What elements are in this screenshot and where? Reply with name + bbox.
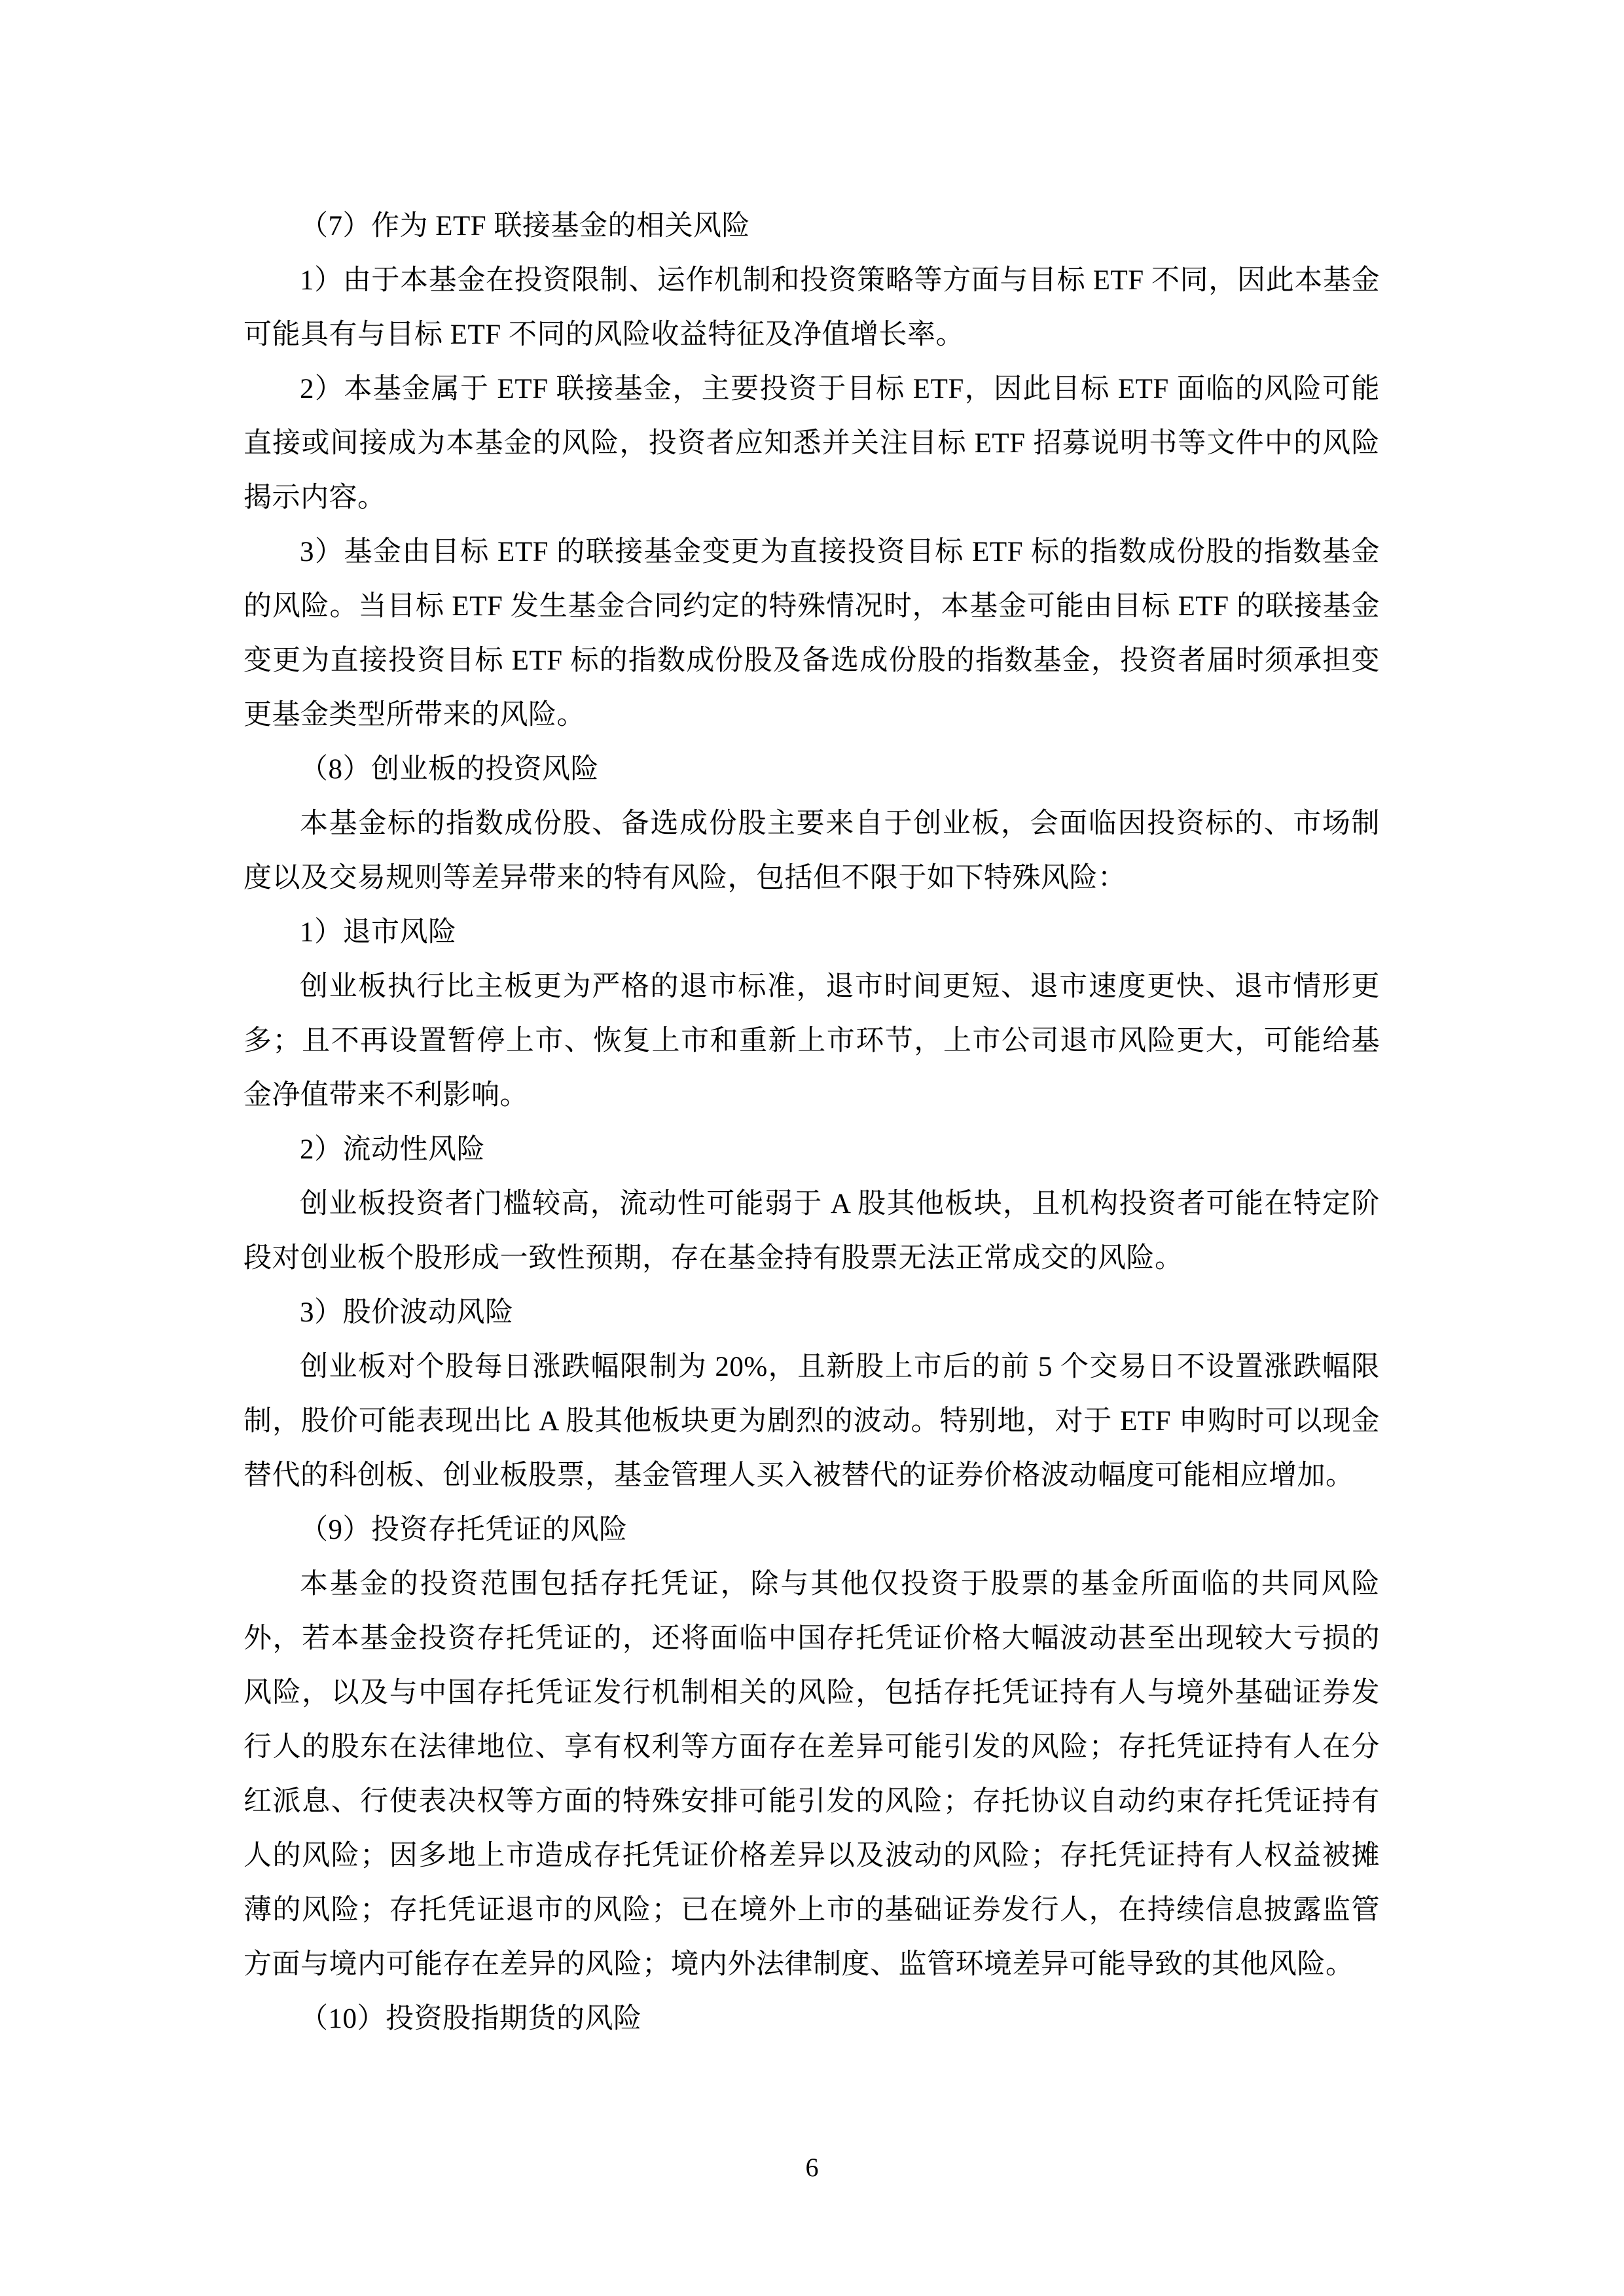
section-7-item-1: 1）由于本基金在投资限制、运作机制和投资策略等方面与目标 ETF 不同，因此本基…: [244, 253, 1380, 362]
section-8-sub-1-heading: 1）退市风险: [244, 905, 1380, 960]
section-8-sub-2-heading: 2）流动性风险: [244, 1122, 1380, 1177]
document-body: （7）作为 ETF 联接基金的相关风险 1）由于本基金在投资限制、运作机制和投资…: [244, 199, 1380, 2046]
section-7-item-2: 2）本基金属于 ETF 联接基金，主要投资于目标 ETF，因此目标 ETF 面临…: [244, 362, 1380, 525]
section-8-heading: （8）创业板的投资风险: [244, 742, 1380, 797]
section-9-body: 本基金的投资范围包括存托凭证，除与其他仅投资于股票的基金所面临的共同风险外，若本…: [244, 1557, 1380, 1992]
document-page: （7）作为 ETF 联接基金的相关风险 1）由于本基金在投资限制、运作机制和投资…: [0, 0, 1624, 2296]
section-8-intro: 本基金标的指数成份股、备选成份股主要来自于创业板，会面临因投资标的、市场制度以及…: [244, 797, 1380, 905]
page-footer: 6: [0, 2152, 1624, 2183]
section-8-sub-3-body: 创业板对个股每日涨跌幅限制为 20%，且新股上市后的前 5 个交易日不设置涨跌幅…: [244, 1340, 1380, 1503]
section-8-sub-3-heading: 3）股价波动风险: [244, 1285, 1380, 1340]
section-8-sub-2-body: 创业板投资者门槛较高，流动性可能弱于 A 股其他板块，且机构投资者可能在特定阶段…: [244, 1177, 1380, 1285]
section-8-sub-1-body: 创业板执行比主板更为严格的退市标准，退市时间更短、退市速度更快、退市情形更多；且…: [244, 960, 1380, 1122]
section-10-heading: （10）投资股指期货的风险: [244, 1992, 1380, 2046]
section-7-heading: （7）作为 ETF 联接基金的相关风险: [244, 199, 1380, 253]
page-number: 6: [806, 2153, 819, 2182]
section-7-item-3: 3）基金由目标 ETF 的联接基金变更为直接投资目标 ETF 标的指数成份股的指…: [244, 525, 1380, 742]
section-9-heading: （9）投资存托凭证的风险: [244, 1503, 1380, 1557]
